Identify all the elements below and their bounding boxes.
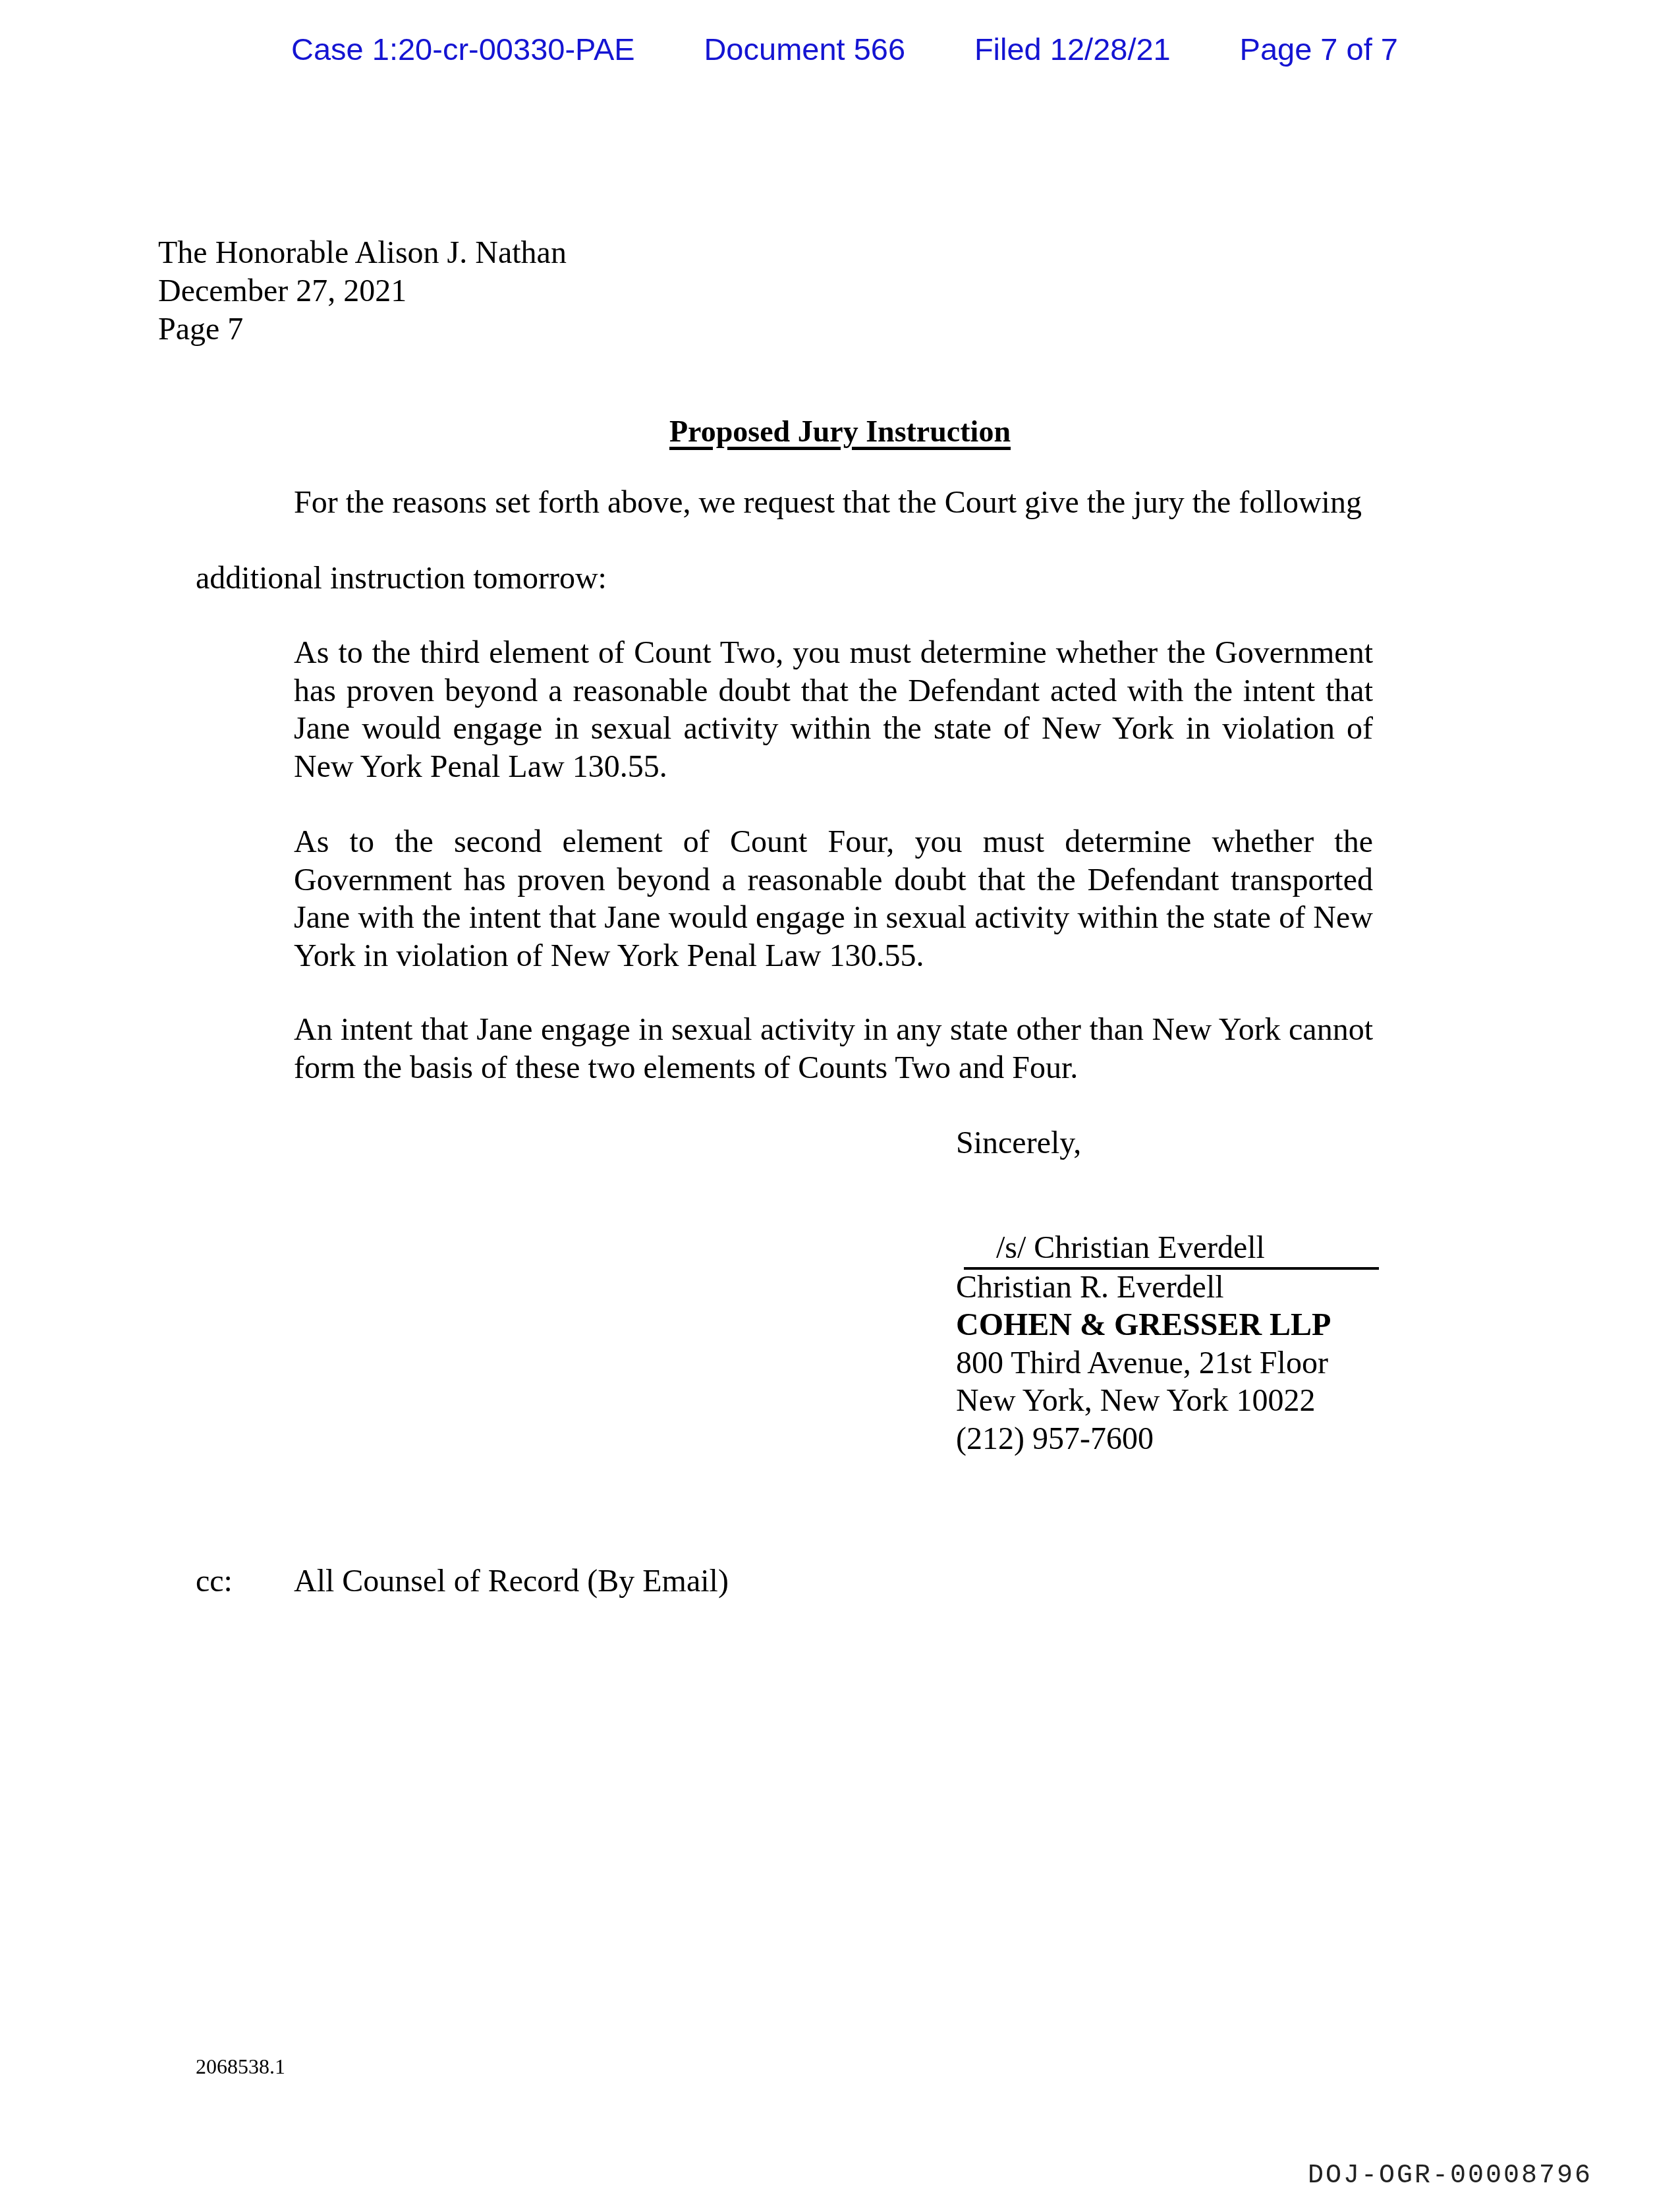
firm-address-2: New York, New York 10022: [956, 1382, 1315, 1420]
case-number: Case 1:20-cr-00330-PAE: [291, 31, 635, 67]
page-indicator: Page 7 of 7: [1240, 31, 1398, 67]
document-page: Case 1:20-cr-00330-PAE Document 566 File…: [0, 0, 1680, 2212]
letter-page: Page 7: [158, 310, 243, 349]
instruction-paragraph-2: As to the second element of Count Four, …: [294, 823, 1373, 975]
filed-date: Filed 12/28/21: [974, 31, 1171, 67]
instruction-text: As to the second element of Count Four, …: [294, 823, 1373, 975]
bates-number: DOJ-OGR-00008796: [1308, 2161, 1592, 2191]
ecf-header: Case 1:20-cr-00330-PAE Document 566 File…: [291, 29, 1398, 69]
instruction-paragraph-1: As to the third element of Count Two, yo…: [294, 634, 1373, 785]
firm-name: COHEN & GRESSER LLP: [956, 1306, 1331, 1344]
letter-date: December 27, 2021: [158, 272, 406, 310]
cc-recipients: All Counsel of Record (By Email): [294, 1563, 729, 1599]
signer-name: Christian R. Everdell: [956, 1268, 1224, 1307]
instruction-text: As to the third element of Count Two, yo…: [294, 634, 1373, 785]
closing: Sincerely,: [956, 1124, 1081, 1162]
electronic-signature: /s/ Christian Everdell: [996, 1230, 1265, 1266]
instruction-text: An intent that Jane engage in sexual act…: [294, 1011, 1373, 1087]
section-heading-text: Proposed Jury Instruction: [669, 414, 1011, 448]
document-number: Document 566: [704, 31, 905, 67]
intro-line-1: For the reasons set forth above, we requ…: [294, 484, 1362, 521]
firm-address-1: 800 Third Avenue, 21st Floor: [956, 1344, 1328, 1382]
cc-label: cc:: [196, 1563, 233, 1599]
addressee-name: The Honorable Alison J. Nathan: [158, 234, 567, 272]
document-id: 2068538.1: [196, 2055, 285, 2079]
firm-phone: (212) 957-7600: [956, 1420, 1154, 1458]
intro-line-2: additional instruction tomorrow:: [196, 560, 607, 596]
instruction-paragraph-3: An intent that Jane engage in sexual act…: [294, 1011, 1373, 1087]
section-heading: Proposed Jury Instruction: [0, 414, 1680, 449]
